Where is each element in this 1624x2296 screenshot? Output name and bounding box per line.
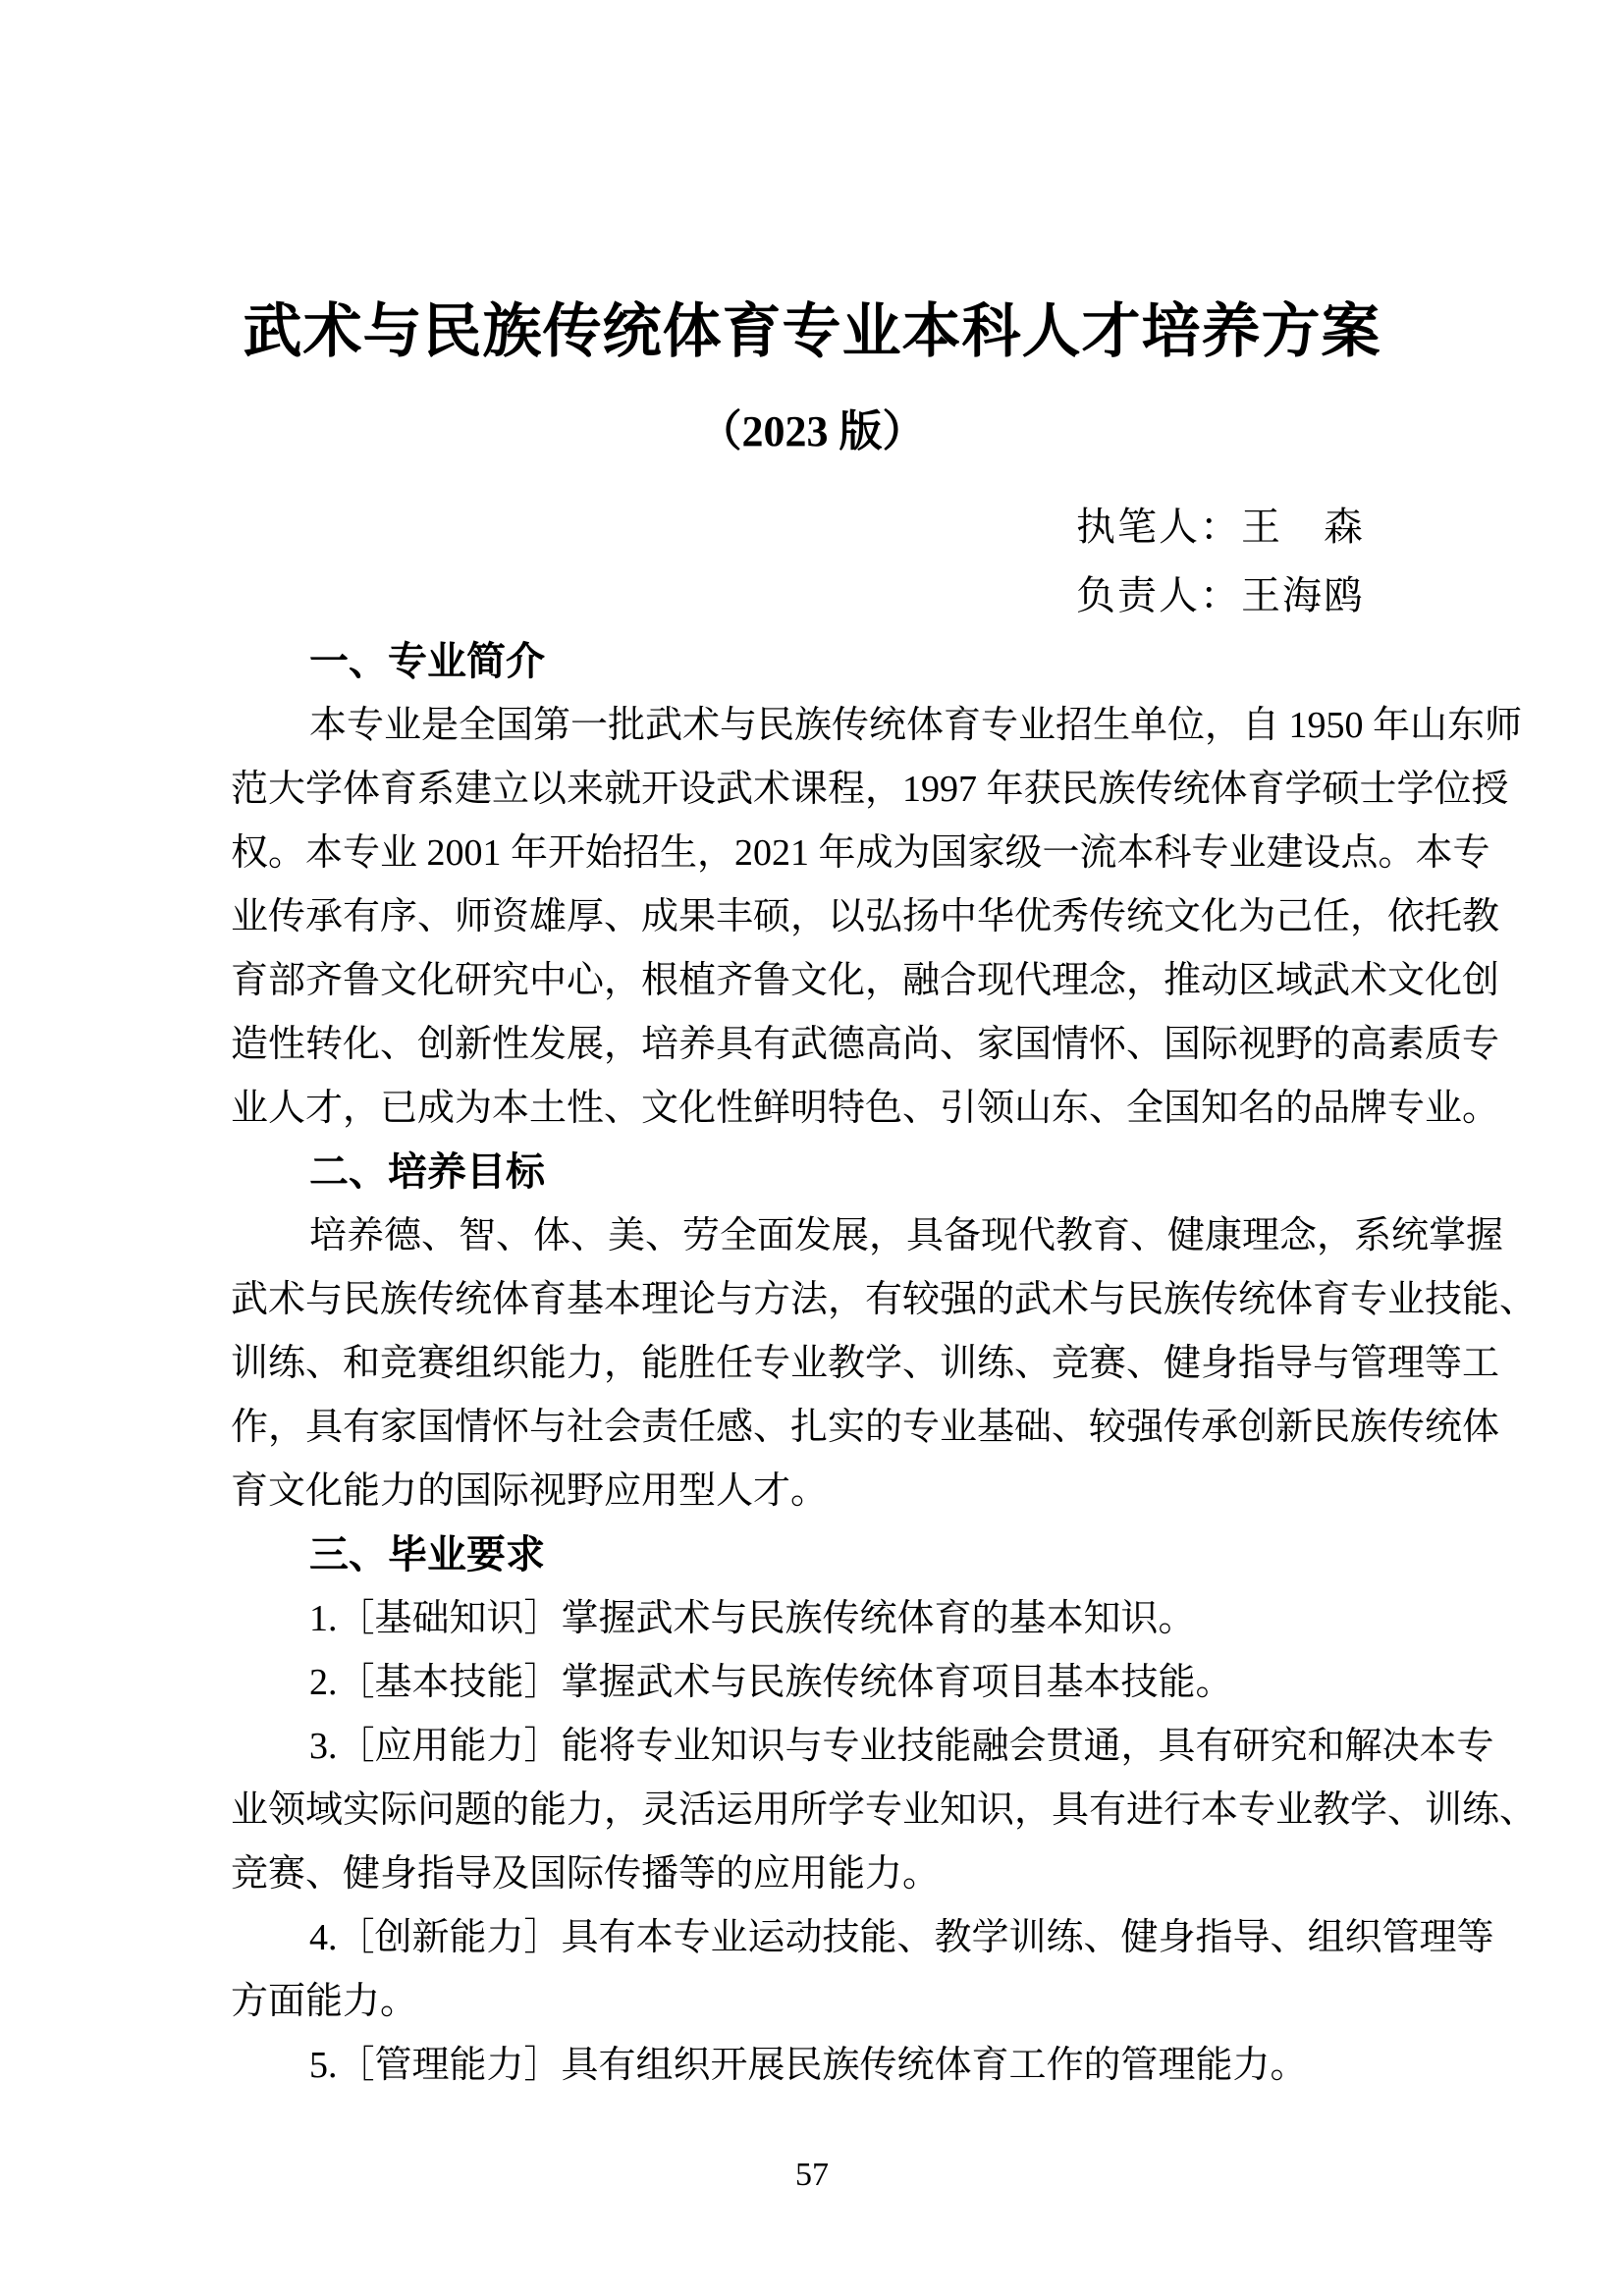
paragraph-line: 武术与民族传统体育基本理论与方法，有较强的武术与民族传统体育专业技能、 xyxy=(231,1268,1502,1332)
paragraph-line: 5.［管理能力］具有组织开展民族传统体育工作的管理能力。 xyxy=(231,2034,1502,2098)
byline-writer: 执笔人：王 森 xyxy=(0,493,1365,561)
paragraph-line: 训练、和竞赛组织能力，能胜任专业教学、训练、竞赛、健身指导与管理等工 xyxy=(231,1332,1502,1396)
paragraph-line: 权。本专业 2001 年开始招生，2021 年成为国家级一流本科专业建设点。本专 xyxy=(231,822,1502,885)
paragraph-line: 业传承有序、师资雄厚、成果丰硕，以弘扬中华优秀传统文化为己任，依托教 xyxy=(231,885,1502,949)
page-subtitle: （2023 版） xyxy=(0,408,1624,455)
byline-director: 负责人：王海鸥 xyxy=(0,561,1365,630)
paragraph-line: 培养德、智、体、美、劳全面发展，具备现代教育、健康理念，系统掌握 xyxy=(231,1204,1502,1268)
paragraph-line: 竞赛、健身指导及国际传播等的应用能力。 xyxy=(231,1842,1502,1906)
paragraph-line: 4.［创新能力］具有本专业运动技能、教学训练、健身指导、组织管理等 xyxy=(231,1906,1502,1970)
paragraph-line: 3.［应用能力］能将专业知识与专业技能融会贯通，具有研究和解决本专 xyxy=(231,1715,1502,1779)
section-heading: 一、专业简介 xyxy=(231,630,1502,694)
paragraph-line: 育部齐鲁文化研究中心，根植齐鲁文化，融合现代理念，推动区域武术文化创 xyxy=(231,949,1502,1013)
document-body: 一、专业简介本专业是全国第一批武术与民族传统体育专业招生单位，自 1950 年山… xyxy=(0,630,1624,2098)
paragraph-line: 方面能力。 xyxy=(231,1970,1502,2034)
paragraph-line: 业人才，已成为本土性、文化性鲜明特色、引领山东、全国知名的品牌专业。 xyxy=(231,1077,1502,1141)
paragraph-line: 育文化能力的国际视野应用型人才。 xyxy=(231,1460,1502,1523)
paragraph-line: 造性转化、创新性发展，培养具有武德高尚、家国情怀、国际视野的高素质专 xyxy=(231,1013,1502,1077)
section-heading: 二、培养目标 xyxy=(231,1141,1502,1204)
document-page: 武术与民族传统体育专业本科人才培养方案 （2023 版） 执笔人：王 森 负责人… xyxy=(0,0,1624,2296)
page-title: 武术与民族传统体育专业本科人才培养方案 xyxy=(0,300,1624,363)
paragraph-line: 2.［基本技能］掌握武术与民族传统体育项目基本技能。 xyxy=(231,1651,1502,1715)
paragraph-line: 范大学体育系建立以来就开设武术课程，1997 年获民族传统体育学硕士学位授 xyxy=(231,758,1502,822)
paragraph-line: 1.［基础知识］掌握武术与民族传统体育的基本知识。 xyxy=(231,1587,1502,1651)
section-heading: 三、毕业要求 xyxy=(231,1523,1502,1587)
page-number: 57 xyxy=(0,2156,1624,2195)
paragraph-line: 本专业是全国第一批武术与民族传统体育专业招生单位，自 1950 年山东师 xyxy=(231,694,1502,758)
paragraph-line: 作，具有家国情怀与社会责任感、扎实的专业基础、较强传承创新民族传统体 xyxy=(231,1396,1502,1460)
bylines: 执笔人：王 森 负责人：王海鸥 xyxy=(0,493,1624,630)
paragraph-line: 业领域实际问题的能力，灵活运用所学专业知识，具有进行本专业教学、训练、 xyxy=(231,1779,1502,1842)
